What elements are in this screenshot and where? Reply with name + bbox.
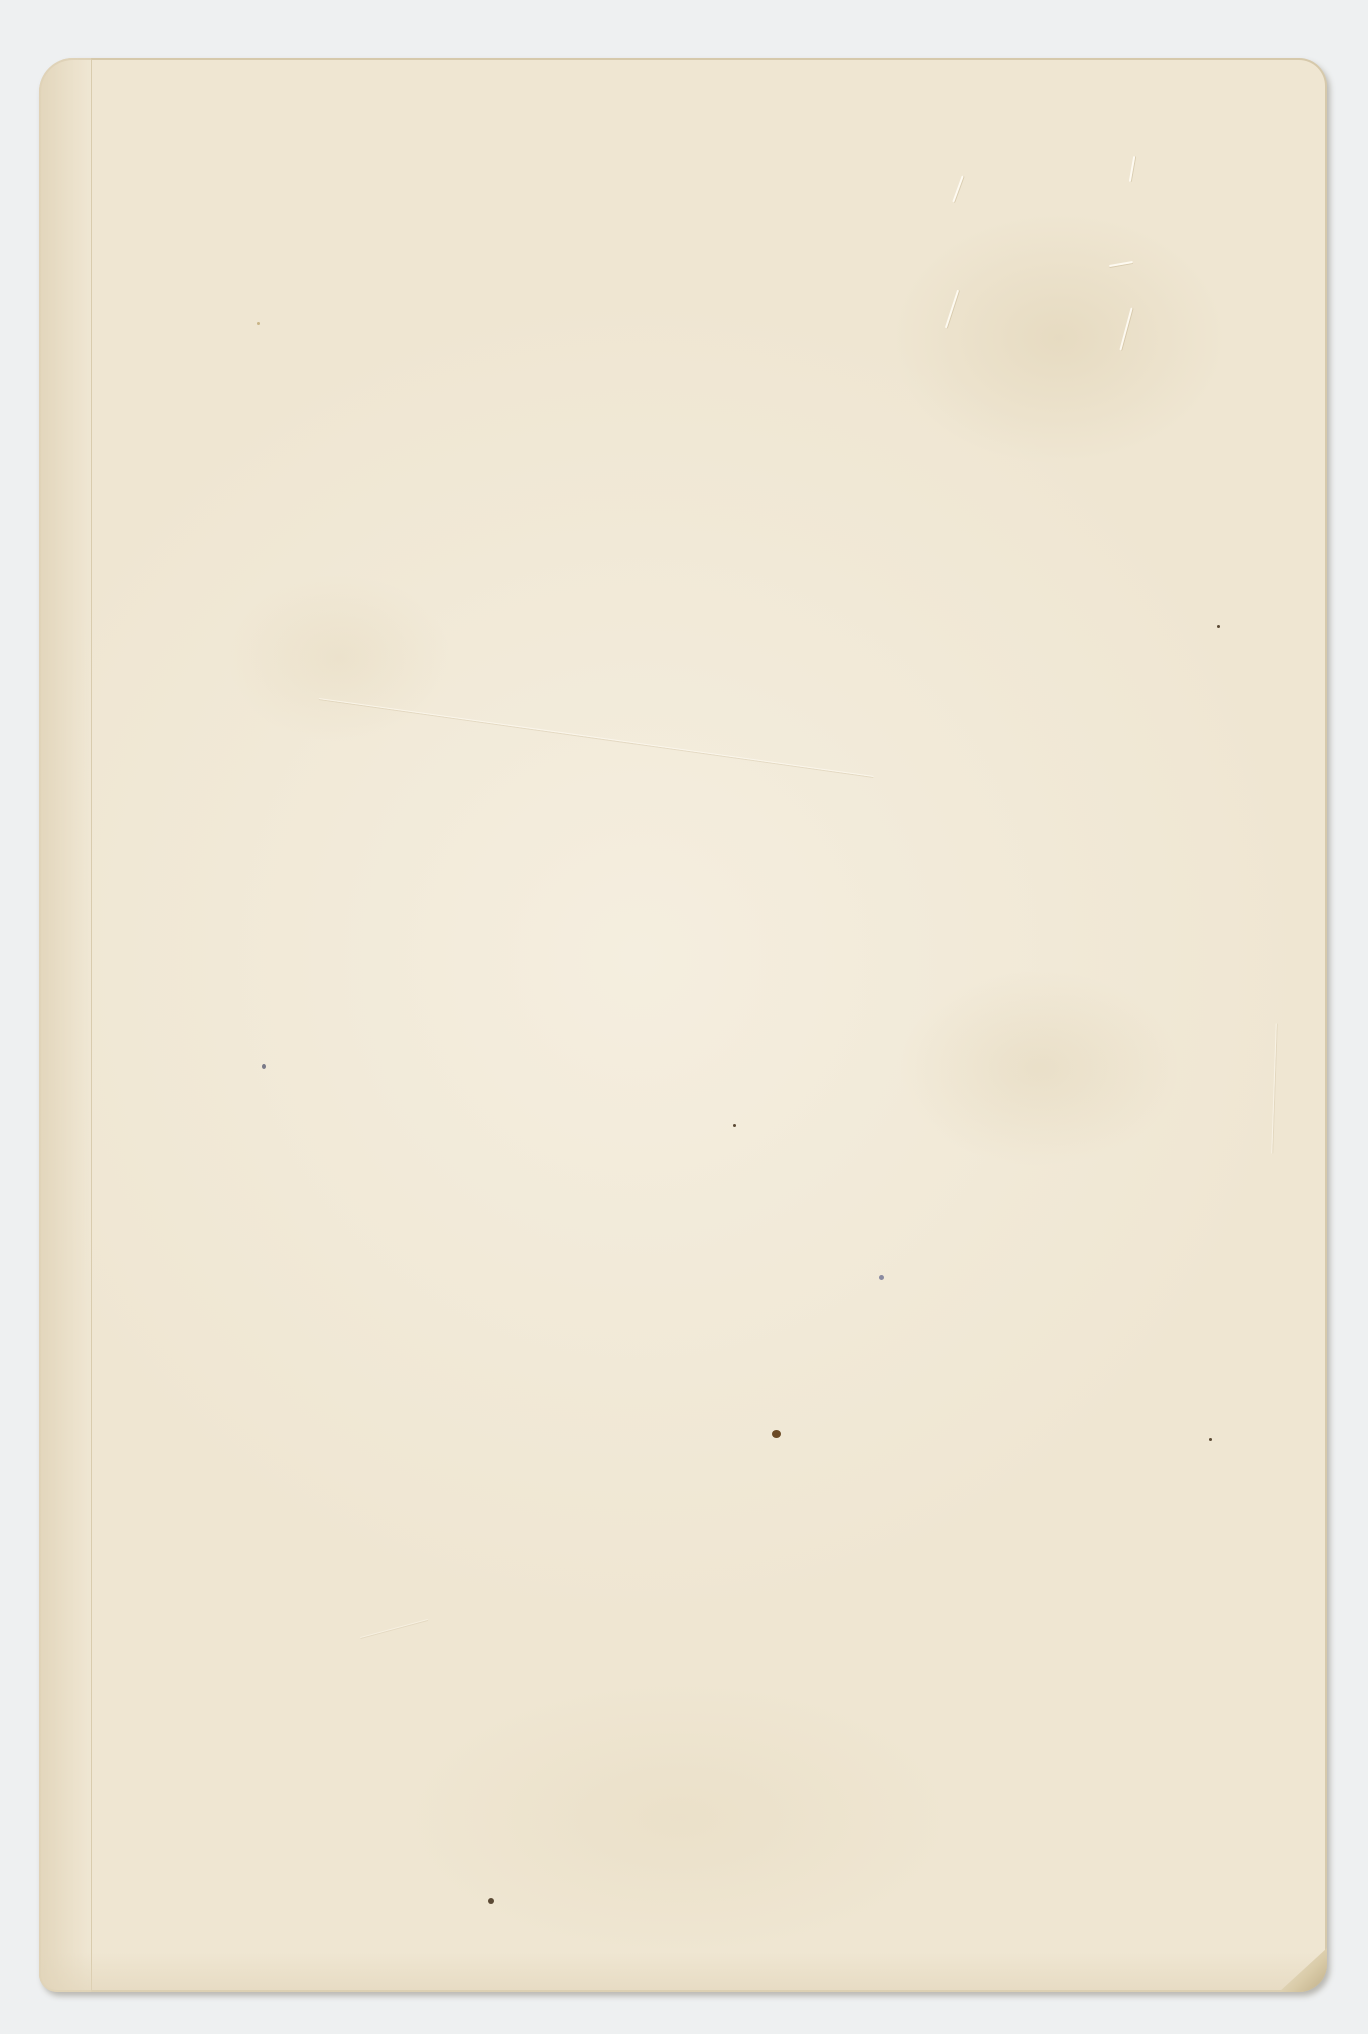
dirt-speck	[1209, 1438, 1212, 1441]
scratch-mark	[1271, 1024, 1277, 1154]
cabinet-card-back	[39, 58, 1327, 1992]
dirt-speck	[488, 1898, 494, 1904]
dirt-speck	[772, 1430, 781, 1438]
scratch-mark	[1129, 156, 1135, 182]
scratch-mark	[1109, 261, 1133, 267]
scratch-mark	[1119, 307, 1132, 350]
scratch-mark	[945, 290, 959, 329]
card-left-border	[39, 58, 92, 1992]
scratch-mark	[319, 698, 874, 777]
dirt-speck	[1217, 625, 1220, 628]
dirt-speck	[257, 322, 260, 325]
dirt-speck	[879, 1275, 884, 1280]
card-bottom-border	[39, 1952, 1327, 1992]
dirt-speck	[262, 1064, 266, 1069]
scratch-mark	[360, 1619, 428, 1638]
dirt-speck	[733, 1124, 736, 1127]
scratch-mark	[952, 176, 963, 203]
